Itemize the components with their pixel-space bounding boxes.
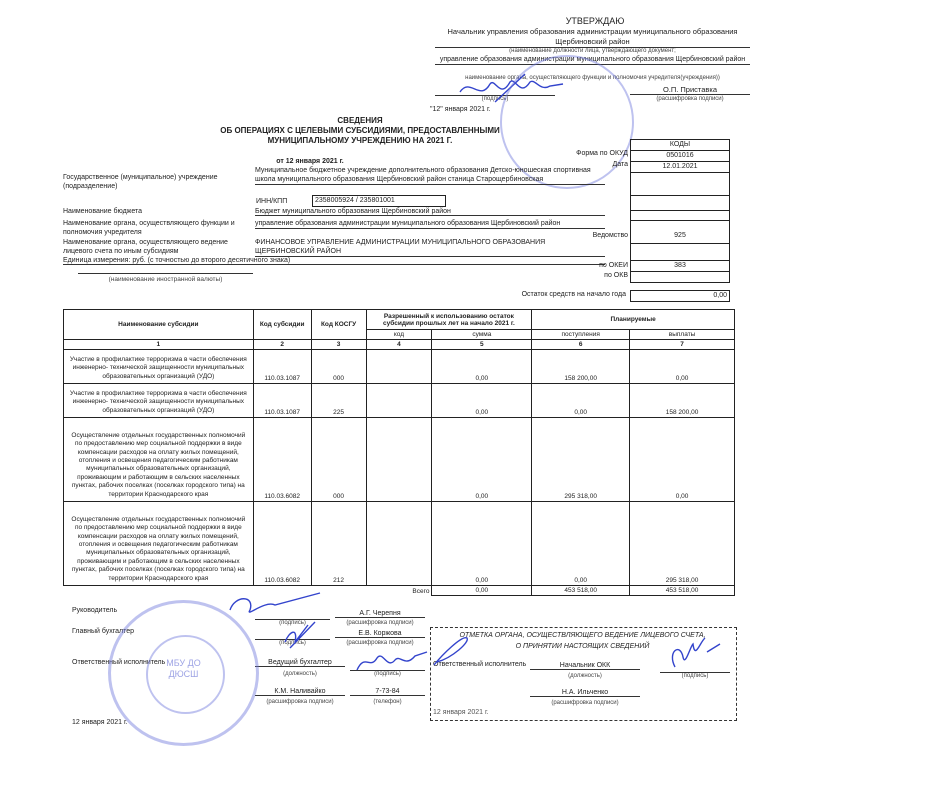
col-number: 1 — [64, 340, 254, 350]
doc-title-3: МУНИЦИПАЛЬНОМУ УЧРЕЖДЕНИЮ НА 2021 Г. — [150, 136, 570, 145]
col-number: 5 — [432, 340, 532, 350]
balance-value: 0,00 — [630, 290, 730, 302]
table-row: Осуществление отдельных государственных … — [64, 418, 735, 502]
executor-phone-caption: (телефон) — [350, 699, 425, 705]
approval-name: О.П. Приставка — [630, 85, 750, 95]
kosgu-code: 000 — [311, 418, 366, 502]
approval-name-caption: (расшифровка подписи) — [630, 96, 750, 102]
total-payments: 453 518,00 — [630, 586, 735, 596]
allowed-sum: 0,00 — [432, 502, 532, 586]
doc-title-1: СВЕДЕНИЯ — [150, 116, 570, 125]
subsidy-code: 110.03.1087 — [253, 350, 311, 384]
col-payments-header: выплаты — [630, 330, 735, 340]
chief-accountant-name: Е.В. Коржова — [335, 630, 425, 638]
founder-value: управление образования администрации мун… — [255, 219, 605, 229]
planned-payments: 0,00 — [630, 418, 735, 502]
col-number: 3 — [311, 340, 366, 350]
subsidy-name: Участие в профилактике терроризма в част… — [64, 350, 254, 384]
allowed-sum: 0,00 — [432, 418, 532, 502]
chief-name-caption: (расшифровка подписи) — [335, 640, 425, 646]
planned-income: 295 318,00 — [532, 418, 630, 502]
okud-value: 0501016 — [631, 151, 729, 162]
table-row: Осуществление отдельных государственных … — [64, 502, 735, 586]
mark-position-caption: (должность) — [530, 673, 640, 679]
col-number: 4 — [366, 340, 432, 350]
balance-label: Остаток средств на начало года — [450, 291, 626, 298]
okv-label: по ОКВ — [540, 272, 628, 279]
budget-value: Бюджет муниципального образования Щербин… — [255, 208, 605, 216]
budget-label: Наименование бюджета — [63, 208, 142, 215]
allowed-sum: 0,00 — [432, 384, 532, 418]
code-blank-1 — [631, 173, 729, 196]
executor-position-caption: (должность) — [255, 671, 345, 677]
executor-signature-icon — [355, 648, 430, 674]
table-row: Участие в профилактике терроризма в част… — [64, 384, 735, 418]
planned-payments: 158 200,00 — [630, 384, 735, 418]
planned-payments: 0,00 — [630, 350, 735, 384]
planned-income: 0,00 — [532, 502, 630, 586]
vedomstvo-label: Ведомство — [540, 232, 628, 239]
kosgu-code: 212 — [311, 502, 366, 586]
total-income: 453 518,00 — [532, 586, 630, 596]
approval-position-caption: (наименование должности лица, утверждающ… — [435, 48, 750, 54]
allowed-code — [366, 502, 432, 586]
col-number: 2 — [253, 340, 311, 350]
mark-signature-icon — [665, 632, 725, 672]
mark-date: 12 января 2021 г. — [433, 709, 489, 716]
okei-value: 383 — [631, 261, 729, 272]
okei-label: по ОКЕИ — [540, 262, 628, 269]
col-planned-header: Планируемые — [532, 310, 735, 330]
currency-line — [78, 272, 253, 274]
doc-title-2: ОБ ОПЕРАЦИЯХ С ЦЕЛЕВЫМИ СУБСИДИЯМИ, ПРЕД… — [150, 126, 570, 135]
planned-payments: 295 318,00 — [630, 502, 735, 586]
kosgu-code: 225 — [311, 384, 366, 418]
executor-position: Ведущий бухгалтер — [255, 659, 345, 667]
allowed-code — [366, 418, 432, 502]
code-blank-4 — [631, 244, 729, 261]
col-allowed-code-header: код — [366, 330, 432, 340]
col-allowed-header: Разрешенный к использованию остаток субс… — [366, 310, 532, 330]
subsidy-code: 110.03.1087 — [253, 384, 311, 418]
approval-title: УТВЕРЖДАЮ — [440, 16, 750, 26]
allowed-code — [366, 350, 432, 384]
stamp-text: МБУ ДО ДЮСШ — [159, 658, 209, 680]
col-kosgu-header: Код КОСГУ — [311, 310, 366, 340]
date-label: Дата — [540, 161, 628, 168]
approval-position: Начальник управления образования админис… — [435, 27, 750, 48]
col-allowed-sum-header: сумма — [432, 330, 532, 340]
col-name-header: Наименование субсидии — [64, 310, 254, 340]
account-value: ФИНАНСОВОЕ УПРАВЛЕНИЕ АДМИНИСТРАЦИИ МУНИ… — [255, 238, 605, 257]
currency-caption: (наименование иностранной валюты) — [78, 276, 253, 283]
mark-scribble-icon — [432, 630, 472, 670]
executor-phone: 7-73-84 — [350, 688, 425, 696]
subsidy-code: 110.03.6082 — [253, 418, 311, 502]
subsidy-code: 110.03.6082 — [253, 502, 311, 586]
col-number: 7 — [630, 340, 735, 350]
planned-income: 0,00 — [532, 384, 630, 418]
code-blank-3 — [631, 211, 729, 221]
codes-box: КОДЫ 0501016 12.01.2021 925 383 — [630, 139, 730, 283]
head-name: А.Г. Черепня — [335, 610, 425, 618]
executor-name-caption: (расшифровка подписи) — [255, 699, 345, 705]
table-row: Участие в профилактике терроризма в част… — [64, 350, 735, 384]
head-label: Руководитель — [72, 607, 117, 614]
inn-label: ИНН/КПП — [256, 198, 287, 205]
mark-name: Н.А. Ильченко — [530, 689, 640, 697]
signatures-date: 12 января 2021 г. — [72, 719, 128, 726]
kosgu-code: 000 — [311, 350, 366, 384]
founder-label: Наименование органа, осуществляющего фун… — [63, 219, 248, 237]
okv-value — [631, 272, 729, 283]
institution-label: Государственное (муниципальное) учрежден… — [63, 173, 243, 191]
col-number-row: 1 2 3 4 5 6 7 — [64, 340, 735, 350]
allowed-sum: 0,00 — [432, 350, 532, 384]
col-number: 6 — [532, 340, 630, 350]
institution-stamp-icon: МБУ ДО ДЮСШ — [108, 600, 259, 746]
date-value: 12.01.2021 — [631, 162, 729, 173]
okud-label: Форма по ОКУД — [540, 150, 628, 157]
vedomstvo-value: 925 — [631, 221, 729, 244]
subsidy-name: Осуществление отдельных государственных … — [64, 502, 254, 586]
mark-position: Начальник ОКК — [530, 662, 640, 670]
subsidies-table: Наименование субсидии Код субсидии Код К… — [63, 309, 735, 596]
chief-signature-icon — [280, 620, 320, 650]
allowed-code — [366, 384, 432, 418]
col-code-header: Код субсидии — [253, 310, 311, 340]
col-income-header: поступления — [532, 330, 630, 340]
planned-income: 158 200,00 — [532, 350, 630, 384]
account-label: Наименование органа, осуществляющего вед… — [63, 238, 248, 256]
executor-name: К.М. Наливайко — [255, 688, 345, 696]
head-name-caption: (расшифровка подписи) — [335, 620, 425, 626]
mark-name-caption: (расшифровка подписи) — [530, 700, 640, 706]
mark-sign-caption: (подпись) — [660, 673, 730, 679]
institution-value: Муниципальное бюджетное учреждение допол… — [255, 166, 605, 185]
code-blank-2 — [631, 196, 729, 211]
inn-value: 2358005924 / 235801001 — [312, 195, 446, 207]
subsidy-name: Участие в профилактике терроризма в част… — [64, 384, 254, 418]
codes-header: КОДЫ — [631, 140, 729, 151]
doc-date-line: от 12 января 2021 г. — [250, 158, 370, 165]
subsidy-name: Осуществление отдельных государственных … — [64, 418, 254, 502]
head-signature-icon — [225, 590, 325, 620]
total-sum: 0,00 — [432, 586, 532, 596]
unit-label: Единица измерения: руб. (с точностью до … — [63, 257, 605, 265]
